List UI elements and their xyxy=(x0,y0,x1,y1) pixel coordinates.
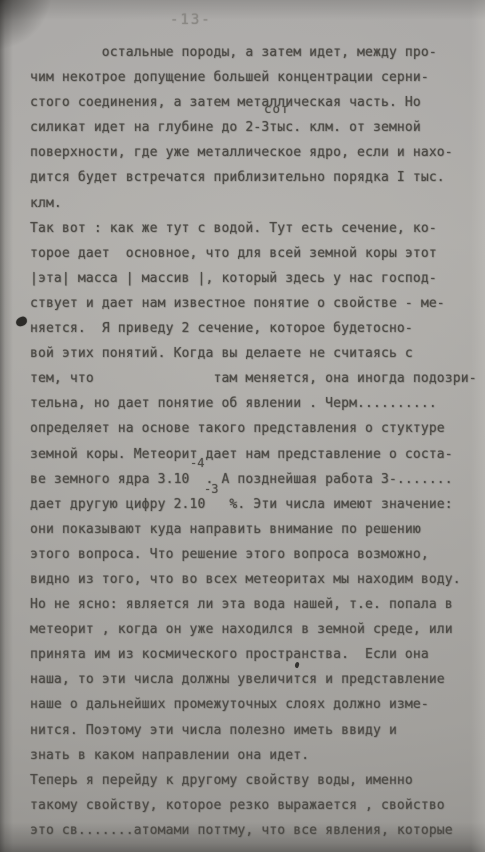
text-line: дает другую цифру 2.10 %. Эти числа имею… xyxy=(30,492,477,517)
text-line: наше о дальнейших промежуточных слоях до… xyxy=(30,692,477,717)
text-line: такому свойству, которое резко выражаетс… xyxy=(30,793,477,818)
text-line: этого вопроса. Что решение этого вопроса… xyxy=(30,542,477,567)
text-line: Но не ясно: является ли эта вода нашей, … xyxy=(30,592,477,617)
text-line: это св.......атомами поттму, что все явл… xyxy=(30,818,477,843)
text-line: стого соединения, а затем металлическая … xyxy=(30,90,477,115)
text-line: видно из того, что во всех метеоритах мы… xyxy=(30,567,477,592)
text-line: клм. xyxy=(30,191,477,216)
text-line: Так вот : как же тут с водой. Тут есть с… xyxy=(30,216,477,241)
ink-blot-mark xyxy=(15,316,28,327)
text-line: остальные породы, а затем идет, между пр… xyxy=(30,40,477,65)
text-line: тем, что там меняется, она иногда подозр… xyxy=(30,366,477,391)
text-line: няется. Я приведу 2 сечение, которое буд… xyxy=(30,316,477,341)
text-line: наша, то эти числа должны увеличится и п… xyxy=(30,667,477,692)
text-line: |эта| масса | массив |, который здесь у … xyxy=(30,266,477,291)
text-line: торое дает основное, что для всей земной… xyxy=(30,241,477,266)
page-number: -13- xyxy=(170,12,212,28)
text-line: нится. Поэтому эти числа полезно иметь в… xyxy=(30,718,477,743)
text-line: поверхности, где уже металлическое ядро,… xyxy=(30,140,477,165)
text-line: вой этих понятий. Когда вы делаете не сч… xyxy=(30,341,477,366)
text-line: определяет на основе такого представлени… xyxy=(30,416,477,441)
text-line: метеорит , когда он уже находился в земн… xyxy=(30,617,477,642)
text-line: тельна, но дает понятие об явлении . Чер… xyxy=(30,391,477,416)
text-line: ве земного ядра 3.10 . А позднейшая рабо… xyxy=(30,467,477,492)
text-line: принята им из космического пространства.… xyxy=(30,642,477,667)
text-line: Теперь я перейду к другому свойству воды… xyxy=(30,768,477,793)
typewritten-text: остальные породы, а затем идет, между пр… xyxy=(30,40,477,843)
text-line: знать в каком направлении она идет. xyxy=(30,743,477,768)
text-line: ствует и дает нам известное понятие о св… xyxy=(30,291,477,316)
scan-page: -13- сот -4 -3 остальные породы, а затем… xyxy=(0,0,485,852)
text-line: земной коры. Метеорит дает нам представл… xyxy=(30,442,477,467)
text-line: силикат идет на глубине до 2-3тыс. клм. … xyxy=(30,115,477,140)
text-line: дится будет встречатся приблизительно по… xyxy=(30,165,477,190)
text-line: они показывают куда направить внимание п… xyxy=(30,517,477,542)
text-line: чим некотрое допущение большей концентра… xyxy=(30,65,477,90)
